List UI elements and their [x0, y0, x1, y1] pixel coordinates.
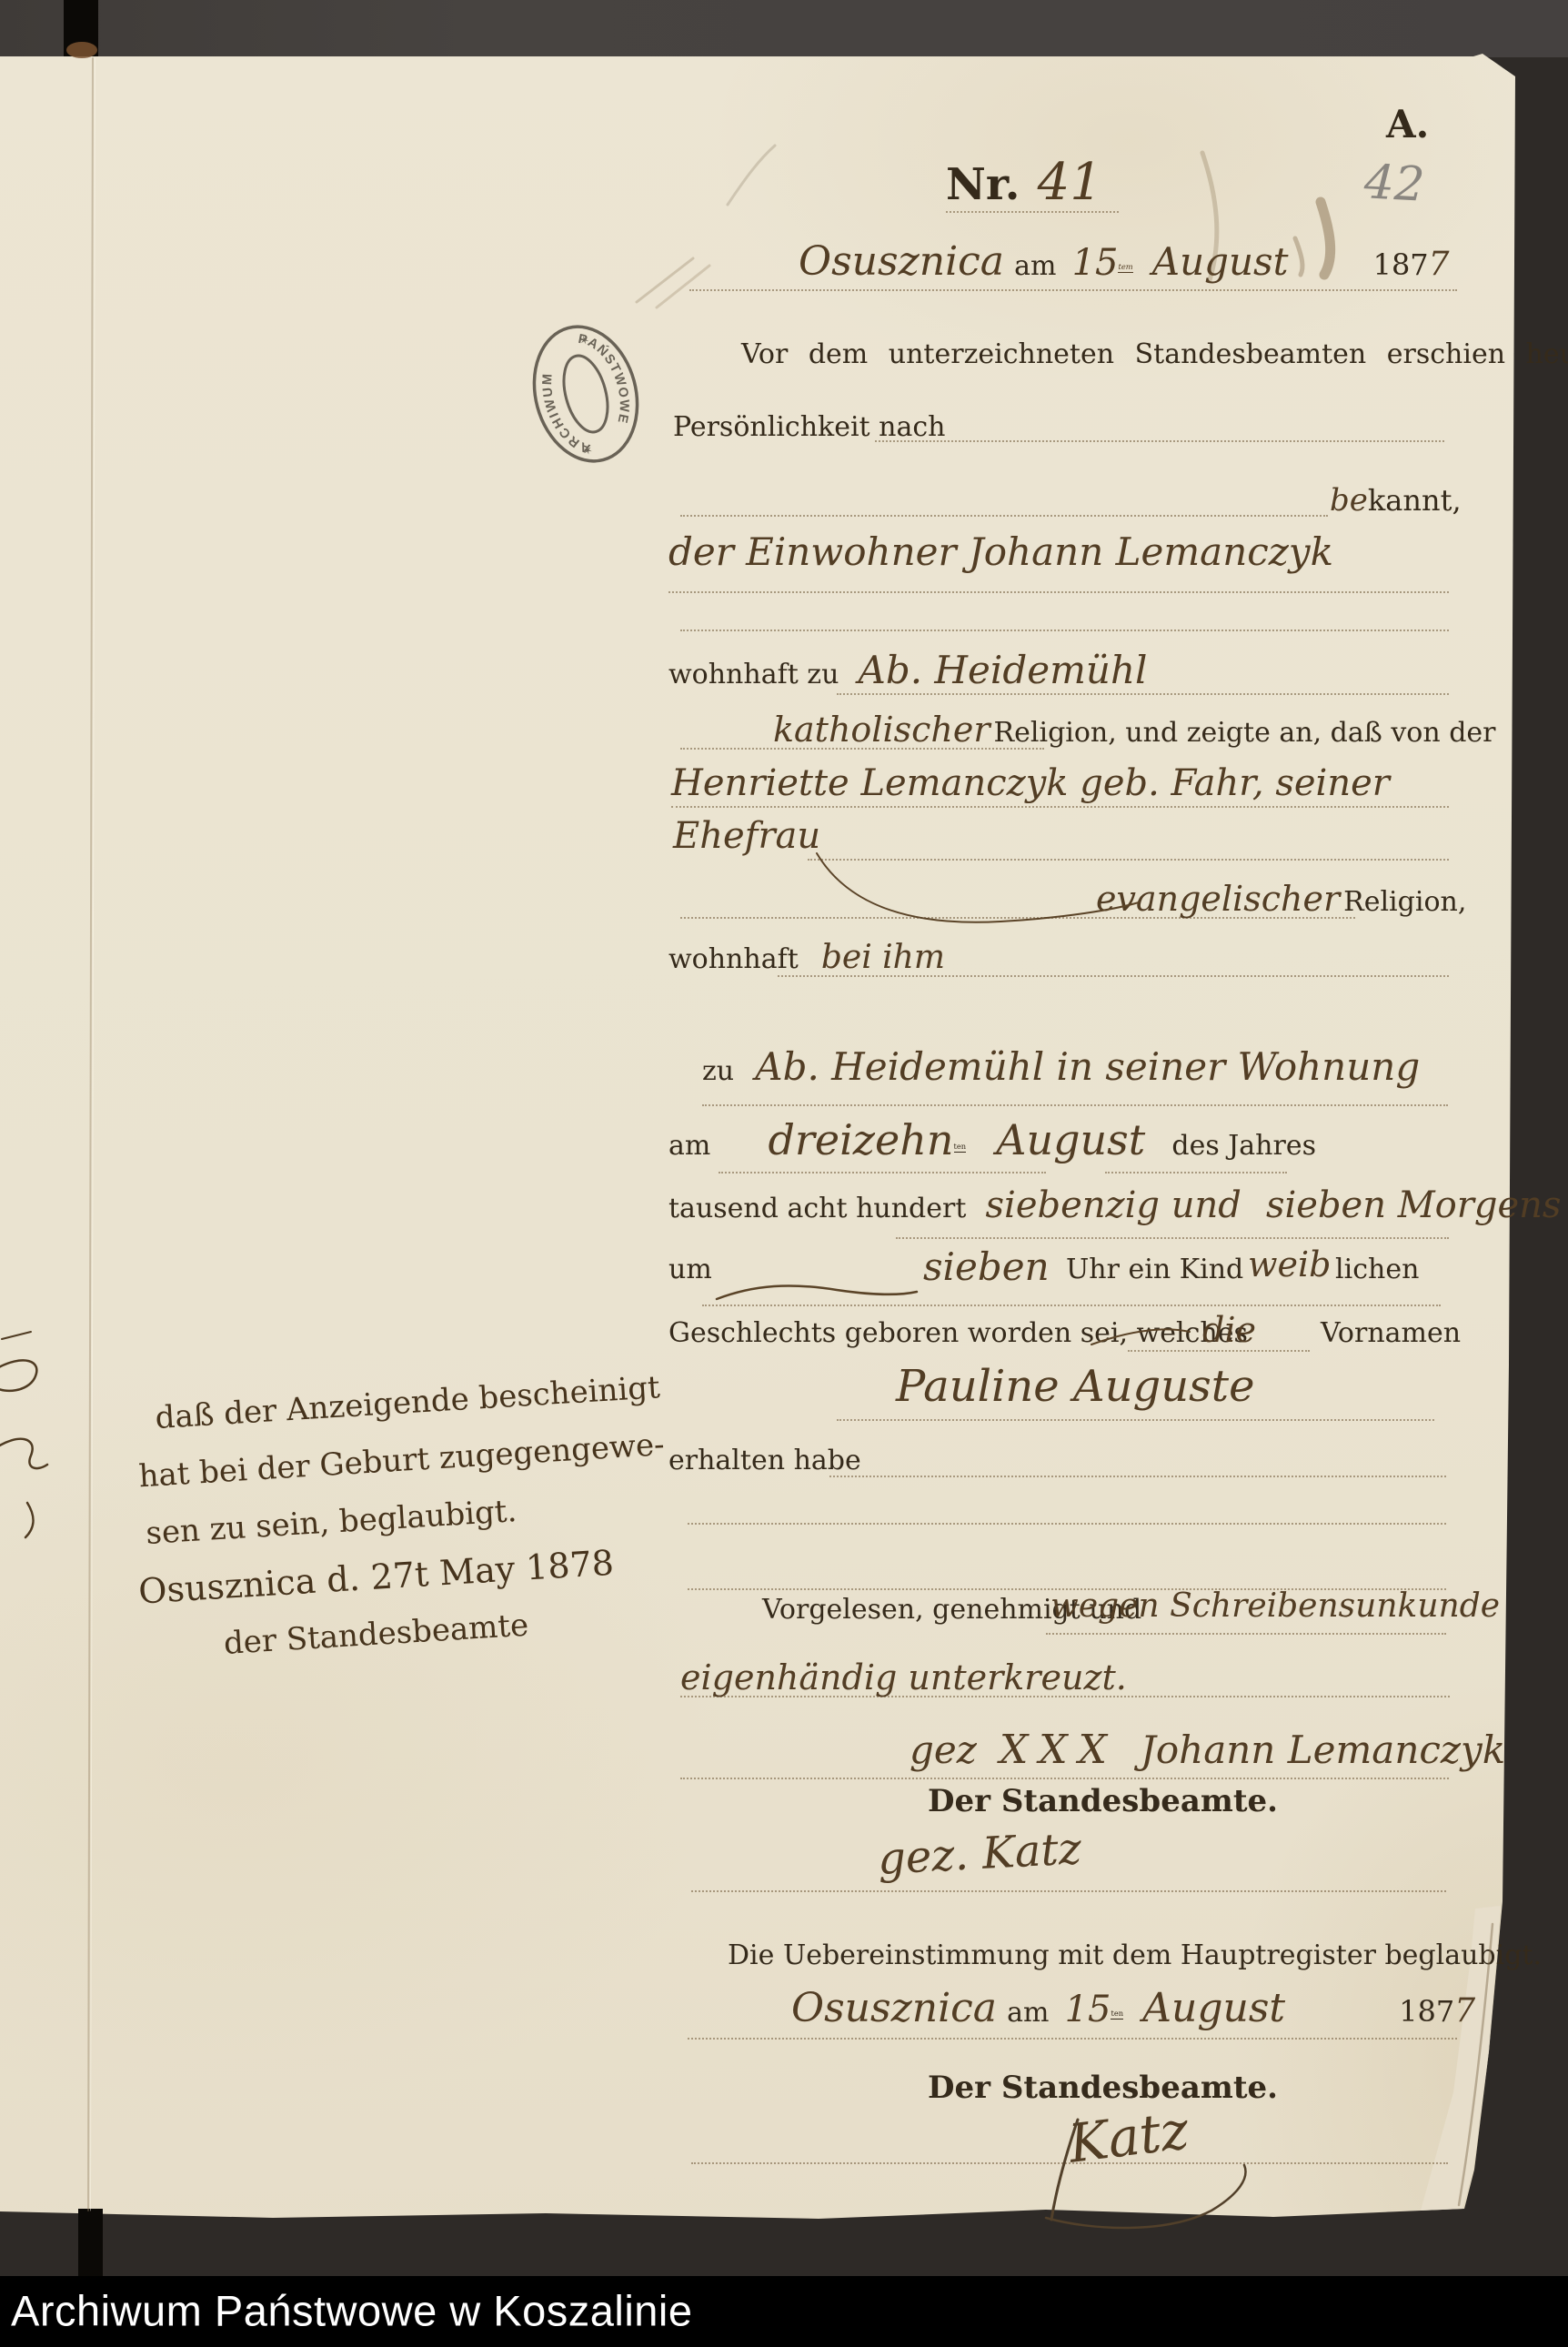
ruled-line [719, 1172, 1046, 1173]
crosses-marks: XXX [1000, 1727, 1118, 1773]
ruled-line [680, 1778, 1449, 1779]
birth-place: Ab. Heidemühl in seiner Wohnung [755, 1044, 1420, 1089]
geschlechts-label: Geschlechts geboren worden sei, welches [668, 1317, 1248, 1349]
ehefrau-label: Ehefrau [673, 815, 820, 857]
ruled-line [668, 591, 1449, 593]
ruled-line [1128, 1350, 1310, 1352]
wohnhaft-label: wohnhaft [668, 943, 799, 975]
registrar-signature: gez. Katz [877, 1823, 1083, 1885]
vornamen-label: Vornamen [1321, 1317, 1461, 1349]
cert-day: 15 [1065, 1989, 1111, 2030]
declarant-line: der Einwohner Johann Lemanczyk [668, 529, 1333, 574]
ruled-line [1046, 1633, 1446, 1635]
birth-year-words2: sieben Morgens [1266, 1184, 1561, 1226]
ruled-line [829, 1476, 1446, 1477]
um-label: um [668, 1254, 712, 1285]
declarant-signed-name: Johann Lemanczyk [1141, 1728, 1505, 1772]
ten-suffix: ten [954, 1142, 967, 1153]
religion-printed: Religion, und zeigte an, daß von der [994, 717, 1496, 749]
ruled-line [688, 2038, 1457, 2040]
certification-line: Die Uebereinstimmung mit dem Hauptregist… [728, 1939, 1542, 1971]
ruled-line [689, 289, 1457, 291]
ruled-line [837, 1419, 1434, 1421]
ruled-line [680, 630, 1449, 631]
record-number-value: 41 [1038, 153, 1102, 212]
place-name: Osusznica [799, 238, 1004, 285]
binding-gap-top [64, 0, 98, 58]
printed-am: am [1014, 250, 1056, 282]
ruled-line [680, 515, 1328, 517]
margin-note: daß der Anzeigende bescheinigt hat bei d… [126, 1360, 670, 1678]
child-name: Pauline Auguste [896, 1361, 1255, 1412]
cert-place: Osusznica [791, 1985, 997, 2031]
closing-handwritten-1: wegen Schreibensunkunde [1050, 1587, 1500, 1625]
year-printed: 187 [1373, 247, 1429, 282]
intro-line: Vor dem unterzeichneten Standesbeamten e… [741, 338, 1568, 370]
cert-ten: ten [1111, 2009, 1123, 2020]
cert-year-printed: 187 [1399, 1994, 1454, 2029]
birth-month: August [996, 1115, 1145, 1164]
ruled-line [691, 1890, 1446, 1892]
document-scan: A. 42 Nr. 41 Osusznica am 15tem August 1… [0, 0, 1568, 2347]
ruled-line [1105, 1172, 1287, 1173]
bekannt-printed: kannt, [1368, 483, 1462, 518]
ruled-line [702, 1304, 1441, 1306]
registrar-heading-2: Der Standesbeamte. [928, 2070, 1278, 2106]
ruled-line [688, 1523, 1446, 1525]
am-label: am [668, 1130, 710, 1162]
closing-handwritten-2: eigenhändig unterkreuzt. [680, 1657, 1127, 1697]
birth-year-words1: siebenzig und [986, 1184, 1241, 1226]
form-letter-a: A. [1386, 102, 1429, 146]
die-handwritten: die [1202, 1310, 1256, 1350]
uhr-kind-label: Uhr ein Kind [1066, 1254, 1243, 1285]
mother-religion: evangelischer [1096, 879, 1340, 919]
bekannt-handwritten: be [1330, 482, 1368, 519]
persoenlichkeit-label: Persönlichkeit nach [673, 411, 945, 443]
ruled-line [896, 1237, 1449, 1239]
tausend-label: tausend acht hundert [668, 1193, 966, 1224]
declarant-residence: Ab. Heidemühl [859, 648, 1148, 692]
religion2-printed: Religion, [1343, 886, 1466, 918]
gender-handwritten: weib [1248, 1244, 1332, 1284]
gez-label: gez [910, 1728, 977, 1772]
ruled-line [702, 1104, 1448, 1106]
mother-name-line: Henriette Lemanczyk geb. Fahr, seiner [671, 762, 1390, 804]
year-handwritten: 7 [1429, 246, 1450, 283]
day-suffix: tem [1118, 262, 1132, 273]
record-number-label: Nr. [946, 159, 1020, 210]
cert-month: August [1142, 1985, 1285, 2031]
birth-day: dreizehn [768, 1115, 953, 1164]
bei-ihm-value: bei ihm [821, 939, 945, 976]
des-jahres-label: des Jahres [1171, 1130, 1316, 1162]
registrar-heading: Der Standesbeamte. [928, 1783, 1278, 1819]
birth-hour: sieben [923, 1244, 1050, 1289]
day-value: 15 [1072, 242, 1119, 284]
ruled-line [691, 2162, 1448, 2164]
cert-year-hw: 7 [1454, 1992, 1475, 2030]
zu-label: zu [702, 1055, 734, 1087]
ruled-line [808, 859, 1449, 861]
footer-bar: Archiwum Państwowe w Koszalinie [0, 2276, 1568, 2347]
ruled-line [671, 806, 1449, 808]
pencil-number: 42 [1362, 155, 1425, 212]
declarant-religion: katholischer [773, 710, 990, 750]
month-value: August [1152, 239, 1289, 284]
wohnhaft-zu-label: wohnhaft zu [668, 659, 839, 690]
ruled-line [837, 693, 1449, 695]
background-top-band [0, 0, 1568, 57]
erhalten-habe-label: erhalten habe [668, 1445, 861, 1476]
lichen-label: lichen [1335, 1254, 1419, 1285]
archive-name: Archiwum Państwowe w Koszalinie [11, 2285, 693, 2335]
binding-gap-bottom [78, 2209, 103, 2278]
ruled-line [875, 440, 1444, 442]
cert-am: am [1007, 1997, 1049, 2029]
